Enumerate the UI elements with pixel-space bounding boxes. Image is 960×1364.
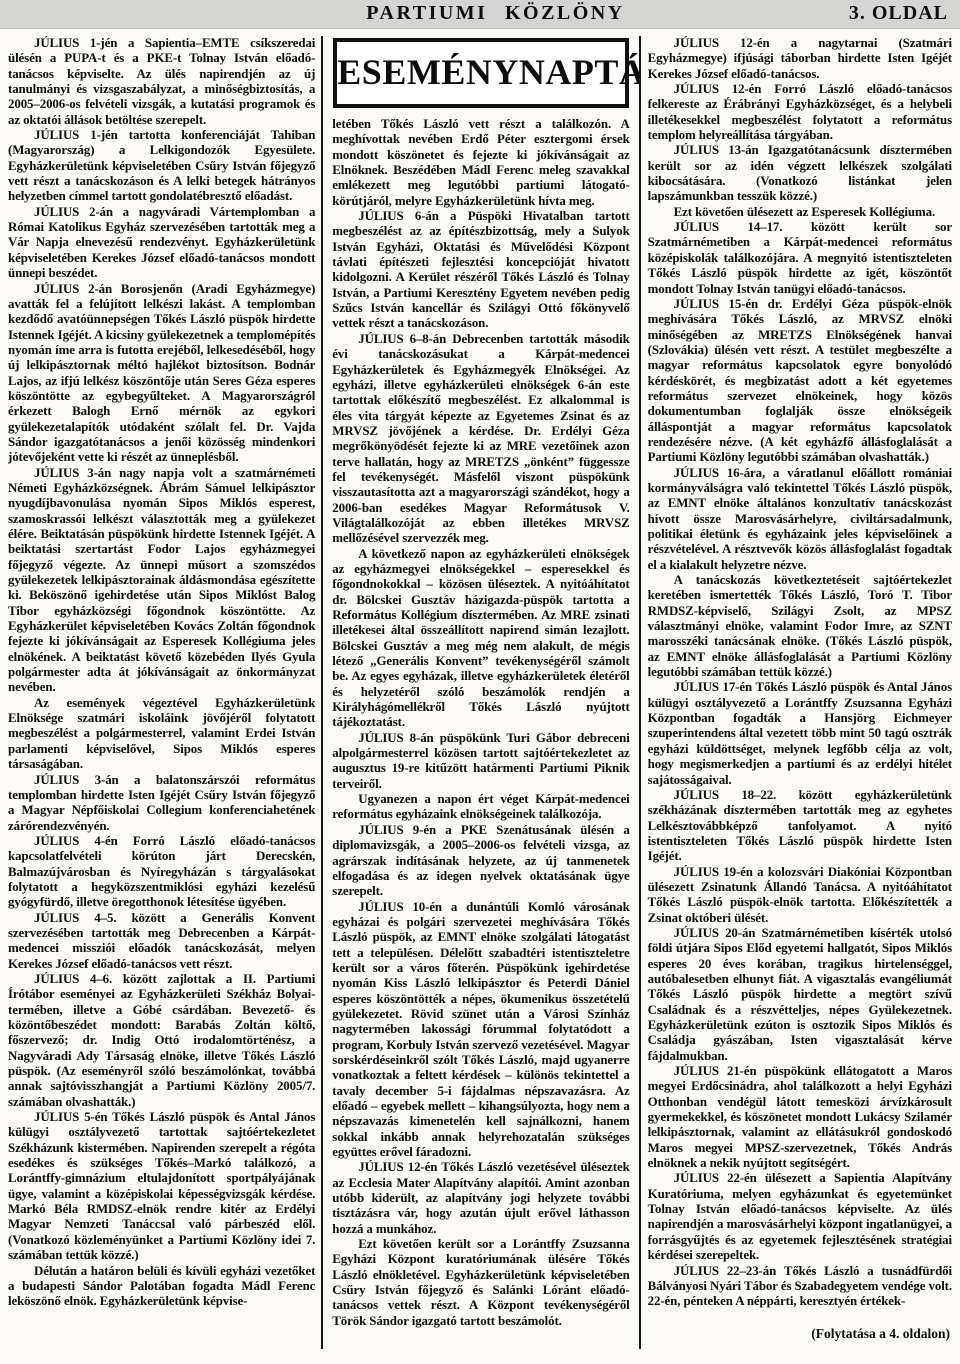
news-paragraph: JÚLIUS 19-én a kolozsvári Diakóniai Közp… [648, 865, 952, 926]
news-paragraph: Az események végeztével Egyházkerületünk… [8, 696, 315, 773]
news-paragraph: JÚLIUS 6–8-án Debrecenben tartották máso… [332, 332, 629, 547]
newspaper-title: PARTIUMI KÖZLÖNY [366, 2, 624, 25]
news-paragraph: JÚLIUS 20-án Szatmárnémetiben kísérték u… [648, 926, 952, 1064]
news-paragraph: JÚLIUS 22–23-án Tőkés László a tusnádfür… [648, 1264, 952, 1310]
news-paragraph: Ezt követően ülésezett az Esperesek Koll… [648, 205, 952, 220]
news-paragraph: JÚLIUS 3-án nagy napja volt a szatmárném… [8, 466, 315, 696]
column-right: JÚLIUS 12-én a nagytarnai (Szatmári Egyh… [641, 36, 952, 1349]
news-paragraph: JÚLIUS 22-én ülésezett a Sapientia Alapí… [648, 1171, 952, 1263]
news-paragraph: Délután a határon belüli és kívüli egyhá… [8, 1264, 315, 1310]
news-paragraph: JÚLIUS 12-én Forró László előadó-tanácso… [648, 82, 952, 143]
news-paragraph: JÚLIUS 12-én a nagytarnai (Szatmári Egyh… [648, 36, 952, 82]
column-left: JÚLIUS 1-jén a Sapientia–EMTE csíkszered… [8, 36, 321, 1349]
news-paragraph: JÚLIUS 6-án a Püspöki Hivatalban tartott… [332, 209, 629, 332]
news-paragraph: Ezt követően került sor a Lorántffy Zsuz… [332, 1237, 629, 1329]
news-paragraph: JÚLIUS 10-én a dunántúli Komló városának… [332, 900, 629, 1161]
news-paragraph: A következő napon az egyházkerületi elnö… [332, 547, 629, 731]
news-paragraph: JÚLIUS 16-ára, a váratlanul előállott ro… [648, 466, 952, 573]
news-paragraph: JÚLIUS 15-én dr. Erdélyi Géza püspök-eln… [648, 297, 952, 466]
news-paragraph: JÚLIUS 4–5. között a Generális Konvent s… [8, 911, 315, 972]
news-paragraph: JÚLIUS 9-én a PKE Szenátusának ülésén a … [332, 823, 629, 900]
event-calendar-heading: ESEMÉNYNAPTÁR [333, 38, 628, 108]
column-middle-text: letében Tőkés László vett részt a találk… [332, 117, 629, 1329]
news-paragraph: JÚLIUS 13-án Igazgatótanácsunk dísztermé… [648, 143, 952, 204]
news-paragraph: JÚLIUS 4–6. között zajlottak a II. Parti… [8, 972, 315, 1110]
column-middle: ESEMÉNYNAPTÁR letében Tőkés László vett … [321, 36, 640, 1349]
column-right-text: JÚLIUS 12-én a nagytarnai (Szatmári Egyh… [648, 36, 952, 1310]
news-paragraph: JÚLIUS 14–17. között került sor Szatmárn… [648, 220, 952, 297]
page-number: 3. OLDAL [849, 2, 948, 25]
page-header: PARTIUMI KÖZLÖNY 3. OLDAL [0, 0, 960, 29]
news-paragraph: JÚLIUS 17-én Tőkés László püspök és Anta… [648, 680, 952, 787]
news-paragraph: JÚLIUS 5-én Tőkés László püspök és Antal… [8, 1110, 315, 1263]
news-paragraph: JÚLIUS 21-én püspökünk ellátogatott a Ma… [648, 1064, 952, 1171]
news-paragraph: A tanácskozás következtetéseit sajtóérte… [648, 573, 952, 680]
news-paragraph: JÚLIUS 1-jén tartotta konferenciáját Tah… [8, 128, 315, 205]
news-paragraph: JÚLIUS 4-én Forró László előadó-tanácsos… [8, 834, 315, 911]
news-paragraph: JÚLIUS 2-án Borosjenőn (Aradi Egyházmegy… [8, 282, 315, 466]
news-paragraph: JÚLIUS 8-án püspökünk Turi Gábor debrece… [332, 731, 629, 792]
news-paragraph: Ugyanezen a napon ért véget Kárpát-meden… [332, 792, 629, 823]
news-paragraph: JÚLIUS 18–22. között egyházkerületünk sz… [648, 788, 952, 865]
news-paragraph: JÚLIUS 1-jén a Sapientia–EMTE csíkszered… [8, 36, 315, 128]
continuation-note: (Folytatása a 4. oldalon) [648, 1326, 952, 1342]
news-paragraph: JÚLIUS 2-án a nagyváradi Vártemplomban a… [8, 205, 315, 282]
article-columns: JÚLIUS 1-jén a Sapientia–EMTE csíkszered… [0, 29, 960, 1349]
news-paragraph: letében Tőkés László vett részt a találk… [332, 117, 629, 209]
news-paragraph: JÚLIUS 12-én Tőkés László vezetésével ül… [332, 1160, 629, 1237]
news-paragraph: JÚLIUS 3-án a balatonszárszói református… [8, 773, 315, 834]
